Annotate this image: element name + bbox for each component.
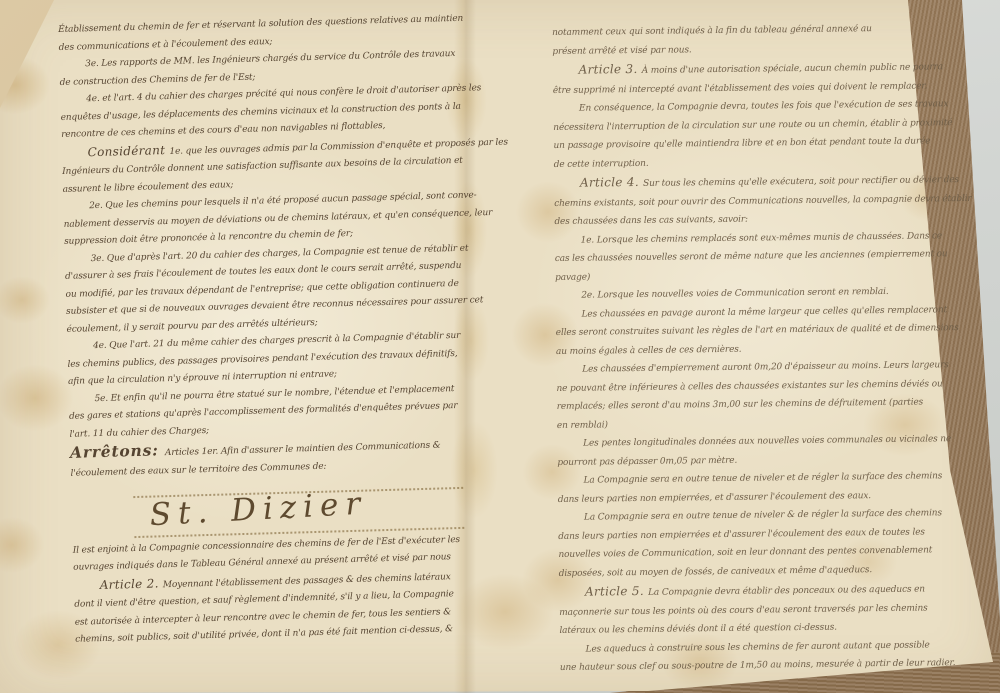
line-lead-word: Considérant xyxy=(87,142,169,158)
line-lead-word: Article 4. xyxy=(580,175,643,190)
line-lead-word: Arrêtons: xyxy=(70,440,165,462)
right-page-text: notamment ceux qui sont indiqués à la fi… xyxy=(552,19,990,678)
line-lead-word: Article 2. xyxy=(100,576,163,592)
line-lead-word: Article 3. xyxy=(578,62,641,77)
left-page-text: Établissement du chemin de fer et réserv… xyxy=(58,10,507,649)
line-lead-word: Article 5. xyxy=(585,584,648,599)
manuscript-photo: Établissement du chemin de fer et réserv… xyxy=(0,0,1000,693)
